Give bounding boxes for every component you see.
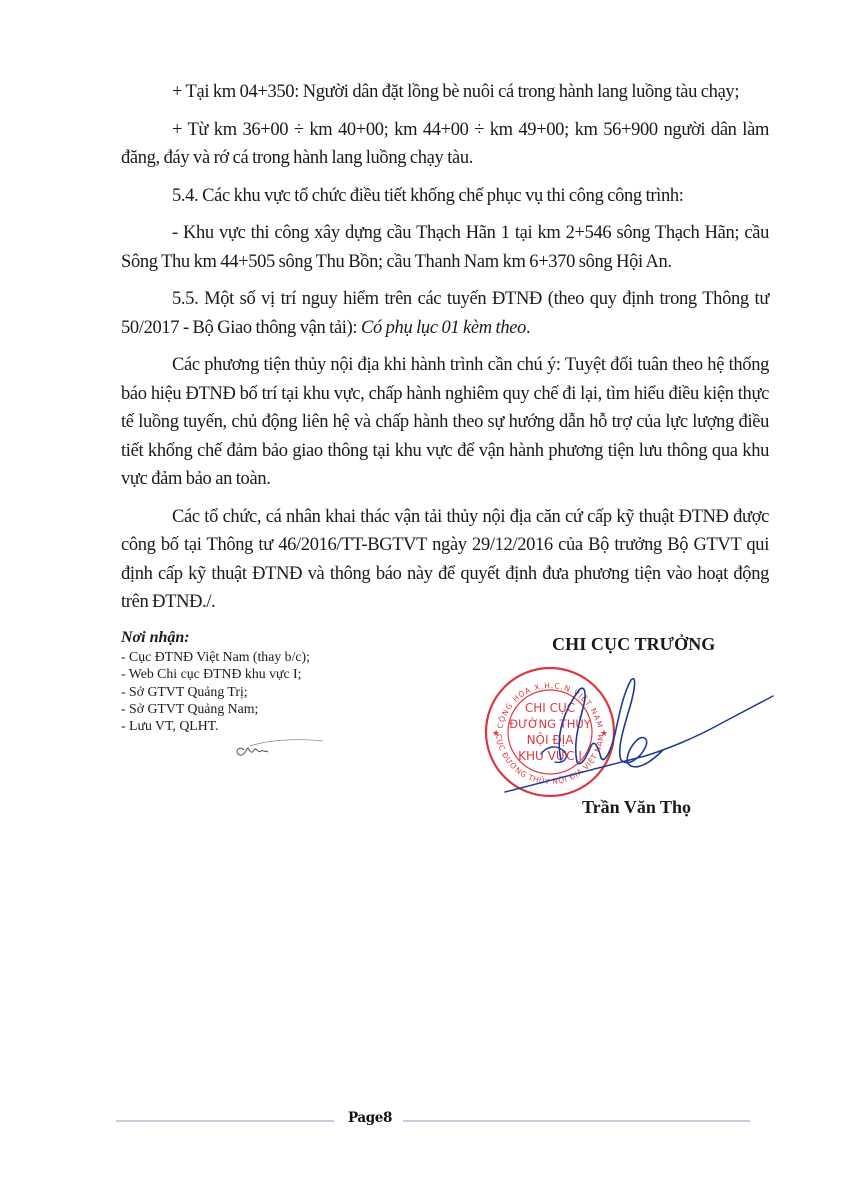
document-page: + Tại km 04+350: Người dân đặt lồng bè n… bbox=[0, 0, 849, 1200]
initial-signature-icon bbox=[228, 736, 328, 760]
recipient-item: - Lưu VT, QLHT. bbox=[121, 717, 421, 734]
recipient-item: - Web Chi cục ĐTNĐ khu vực I; bbox=[121, 665, 421, 682]
paragraph-operators-notice: Các tổ chức, cá nhân khai thác vận tải t… bbox=[121, 503, 769, 617]
paragraph-km-04-350: + Tại km 04+350: Người dân đặt lồng bè n… bbox=[121, 78, 769, 107]
document-body: + Tại km 04+350: Người dân đặt lồng bè n… bbox=[121, 78, 769, 626]
recipient-item: - Cục ĐTNĐ Việt Nam (thay b/c); bbox=[121, 648, 421, 665]
recipients-title: Nơi nhận: bbox=[121, 629, 421, 647]
signer-title: CHI CỤC TRƯỞNG bbox=[552, 634, 715, 655]
page-footer: Page8 bbox=[116, 1108, 750, 1134]
page-number: Page8 bbox=[348, 1110, 392, 1126]
appendix-reference: Có phụ lục 01 kèm theo bbox=[361, 318, 526, 338]
recipient-item: - Sở GTVT Quảng Nam; bbox=[121, 700, 421, 717]
recipient-item: - Sở GTVT Quảng Trị; bbox=[121, 683, 421, 700]
footer-rule-left bbox=[116, 1120, 334, 1122]
paragraph-km-36-49: + Từ km 36+00 ÷ km 40+00; km 44+00 ÷ km … bbox=[121, 116, 769, 173]
section-5-5-punct: . bbox=[526, 318, 530, 338]
handwritten-signature-icon bbox=[495, 664, 775, 804]
footer-rule-right bbox=[403, 1120, 750, 1122]
paragraph-vessel-notice: Các phương tiện thủy nội địa khi hành tr… bbox=[121, 351, 769, 494]
paragraph-section-5-4: 5.4. Các khu vực tổ chức điều tiết khống… bbox=[121, 182, 769, 211]
recipients-list: Nơi nhận: - Cục ĐTNĐ Việt Nam (thay b/c)… bbox=[121, 629, 421, 734]
paragraph-construction-areas: - Khu vực thi công xây dựng cầu Thạch Hã… bbox=[121, 219, 769, 276]
paragraph-section-5-5: 5.5. Một số vị trí nguy hiểm trên các tu… bbox=[121, 285, 769, 342]
signer-name: Trần Văn Thọ bbox=[582, 797, 691, 818]
